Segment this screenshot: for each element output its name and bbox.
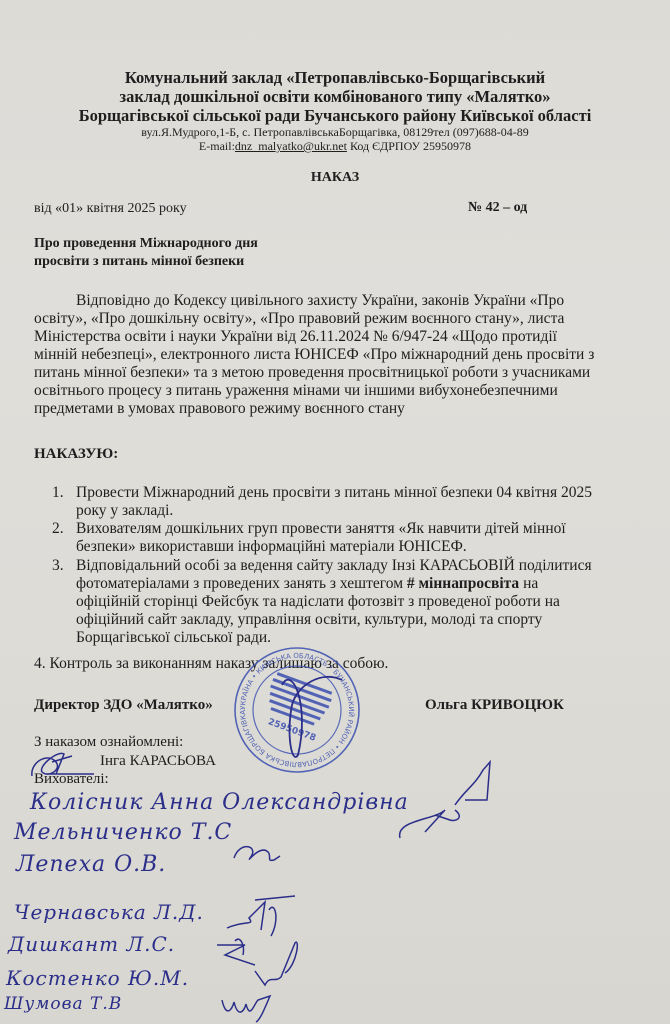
header-contacts: E-mail:dnz_malyatko@ukr.net Код ЄДРПОУ 2… [0,139,670,153]
preamble-line-3: Міністерства освіти і науки України від … [34,328,557,346]
handwritten-name-7: Шумова Т.В [4,994,122,1014]
handwritten-name-2: Мельниченко Т.С [14,820,232,845]
header-line-2: заклад дошкільної освіти комбінованого т… [0,87,670,106]
edrpou-code: Код ЄДРПОУ 25950978 [347,139,471,153]
handwritten-name-6: Костенко Ю.М. [6,966,189,990]
preamble-line-5: питань мінної безпеки» та з метою провед… [34,364,590,382]
item-text: фотоматеріалами з проведених занять з хе… [76,575,407,592]
preamble-line-7: предметами в умовах правового режиму воє… [34,400,405,418]
preamble-line-1: Відповідно до Кодексу цивільного захисту… [76,292,564,310]
order-item-1: 1. Провести Міжнародний день просвіти з … [52,484,64,502]
email-link[interactable]: dnz_malyatko@ukr.net [235,139,347,153]
item-text-line: Відповідальний особі за ведення сайту за… [76,557,592,575]
item-number: 4. [34,655,46,672]
header-line-1: Комунальний заклад «Петропавлівсько-Борщ… [0,68,670,87]
item-text-line: Борщагівської сільської ради. [76,629,271,647]
director-name: Ольга КРИВОЦЮК [425,697,564,714]
item-number: 3. [52,557,64,574]
preamble-line-4: мінній небезпеці», електронного листа ЮН… [34,346,594,364]
signature-5-icon [215,935,305,995]
handwritten-name-1: Колісник Анна Олександрівна [30,790,409,815]
educators-label: Вихователі: [34,771,109,789]
item-text-line: безпеки» використавши інформаційні матер… [76,538,467,556]
order-date: від «01» квітня 2025 року [34,200,187,218]
order-item-3: 3. Відповідальний особі за ведення сайту… [52,557,64,575]
preamble-line-6: освітнього процесу з питань ураження мін… [34,382,558,400]
preamble-line-2: освіту», «Про дошкільну освіту», «Про пр… [34,310,564,328]
order-title: НАКАЗ [0,170,670,186]
handwritten-name-4: Чернавська Л.Д. [14,900,204,924]
header-line-3: Борщагівської сільської ради Бучанського… [0,106,670,125]
director-position: Директор ЗДО «Малятко» [34,697,213,714]
item-number: 2. [52,520,64,537]
item-text-line: офіційний сайт закладу, управління освіт… [76,611,542,629]
orders-heading: НАКАЗУЮ: [34,446,118,463]
item-number: 1. [52,484,64,501]
item-text: на [519,575,538,592]
order-subject-line-2: просвіти з питань мінної безпеки [34,254,244,270]
item-text-line: року у закладі. [76,502,173,520]
item-text-line: Вихователям дошкільних груп провести зан… [76,520,566,538]
header-address: вул.Я.Мудрого,1-Б, с. ПетропавлівськаБор… [0,125,670,139]
signature-7-icon [220,990,280,1024]
signature-1-icon [395,760,505,840]
handwritten-name-3: Лепеха О.В. [16,852,166,877]
order-number: № 42 – од [468,200,527,216]
hashtag: # мінна​просвіта [407,575,519,592]
item-text-line: офіційній сторінці Фейсбук та надіслати … [76,593,560,611]
item-text-line: фотоматеріалами з проведених занять з хе… [76,575,538,593]
signature-4-icon [225,890,305,940]
acknowledged-person: Інга КАРАСЬОВА [100,753,216,771]
order-item-2: 2. Вихователям дошкільних груп провести … [52,520,64,538]
document-page: Комунальний заклад «Петропавлівсько-Борщ… [0,0,670,1024]
item-text-line: Провести Міжнародний день просвіти з пит… [76,484,592,502]
handwritten-name-5: Дишкант Л.С. [8,932,175,956]
official-stamp-icon: УКРАЇНА • КИЇВСЬКА ОБЛАСТЬ • БУЧАНСЬКИЙ … [232,645,362,775]
email-label: E-mail: [199,139,235,153]
signature-3-icon [230,838,290,868]
order-subject-line-1: Про проведення Міжнародного дня [34,236,258,252]
